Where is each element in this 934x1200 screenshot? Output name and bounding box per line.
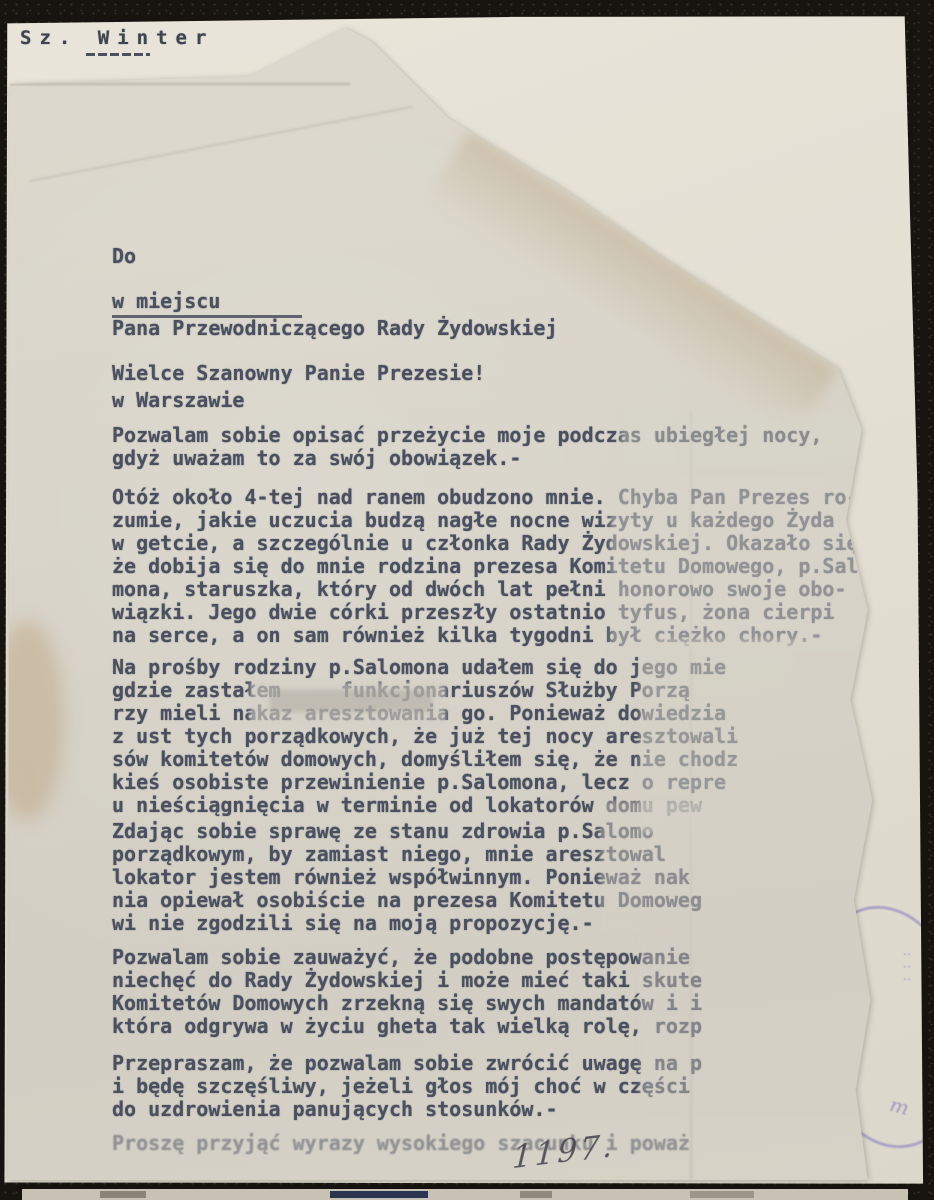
typed-line: kieś osobiste przewinienie p.Salomona, l… [112,771,738,794]
typed-line: niechęć do Rady Żydowskiej i może mieć t… [112,969,702,992]
typed-line: wiązki. Jego dwie córki przeszły ostatni… [112,601,859,624]
stamp-mark: : : : [900,952,915,983]
typed-line: w getcie, a szczególnie u członka Rady Ż… [112,532,859,555]
paragraph-2: Otóż około 4-tej nad ranem obudzono mnie… [112,486,859,647]
paragraph-6: Przepraszam, że pozwalam sobie zwrócić u… [112,1052,702,1121]
typed-line: u nieściągnięcia w terminie od lokatorów… [112,794,738,817]
typed-line: Pozwalam sobie zauważyć, że podobne post… [112,946,702,969]
typed-line: na serce, a on sam również kilka tygodni… [112,624,859,647]
typed-line: rzy mieli nakaz aresztowania go. Poniewa… [112,702,738,725]
typed-line: Przepraszam, że pozwalam sobie zwrócić u… [112,1052,702,1075]
typed-line: do uzdrowienia panujących stosunków.- [112,1098,702,1121]
paragraph-1: Pozwalam sobie opisać przeżycie moje pod… [112,424,822,470]
typed-line: Otóż około 4-tej nad ranem obudzono mnie… [112,486,859,509]
edge-mark [690,1191,754,1198]
recipient-line: Pana Przewodniczącego Rady Żydowskiej [112,316,558,340]
salutation: Wielce Szanowny Panie Prezesie! [112,362,485,385]
typed-line: wi nie zgodzili się na moją propozycję.- [112,912,702,935]
typed-line: która odgrywa w życiu gheta tak wielką r… [112,1015,702,1038]
recipient-block: Do Pana Przewodniczącego Rady Żydowskiej… [112,196,558,460]
photo-of-document: Sz. Winter m : : : ... Do Pana Przewodni… [0,0,934,1200]
typed-line: Zdając sobie sprawę ze stanu zdrowia p.S… [112,820,702,843]
in-place-line: w miejscu [112,290,302,318]
typed-line: Na prośby rodziny p.Salomona udałem się … [112,656,738,679]
typed-line: gdzie zastałem funkcjonariuszów Służby P… [112,679,738,702]
recipient-line: Do [112,244,558,268]
paper-stain [0,620,64,820]
typed-line: lokator jestem również współwinnym. Poni… [112,866,702,889]
typed-line: nia opiewał osobiście na prezesa Komitet… [112,889,702,912]
edge-mark [520,1191,552,1198]
typed-line: Pozwalam sobie opisać przeżycie moje pod… [112,424,822,447]
paragraph-4: Zdając sobie sprawę ze stanu zdrowia p.S… [112,820,702,935]
typed-line: z ust tych porządkowych, że już tej nocy… [112,725,738,748]
recipient-line: w Warszawie [112,388,558,412]
typed-line: porządkowym, by zamiast niego, mnie ares… [112,843,702,866]
typed-line: zumie, jakie uczucia budzą nagłe nocne w… [112,509,859,532]
letter-sheet: Do Pana Przewodniczącego Rady Żydowskiej… [8,22,880,1180]
letter-sheet-wrap: Do Pana Przewodniczącego Rady Żydowskiej… [8,22,880,1180]
typed-line: że dobija się do mnie rodzina prezesa Ko… [112,555,859,578]
typed-line: mona, staruszka, który od dwóch lat pełn… [112,578,859,601]
fold-crease [30,106,413,182]
typed-line: Komitetów Domowych zrzekną się swych man… [112,992,702,1015]
edge-mark [100,1191,146,1198]
typed-line: gdyż uważam to za swój obowiązek.- [112,447,822,470]
typed-line: sów komitetów domowych, domyśliłem się, … [112,748,738,771]
edge-mark [330,1191,428,1198]
fold-crease [8,83,350,85]
paragraph-3: Na prośby rodziny p.Salomona udałem się … [112,656,738,817]
typed-line: i będę szczęśliwy, jeżeli głos mój choć … [112,1075,702,1098]
paragraph-5: Pozwalam sobie zauważyć, że podobne post… [112,946,702,1038]
next-page-edge [22,1189,908,1200]
